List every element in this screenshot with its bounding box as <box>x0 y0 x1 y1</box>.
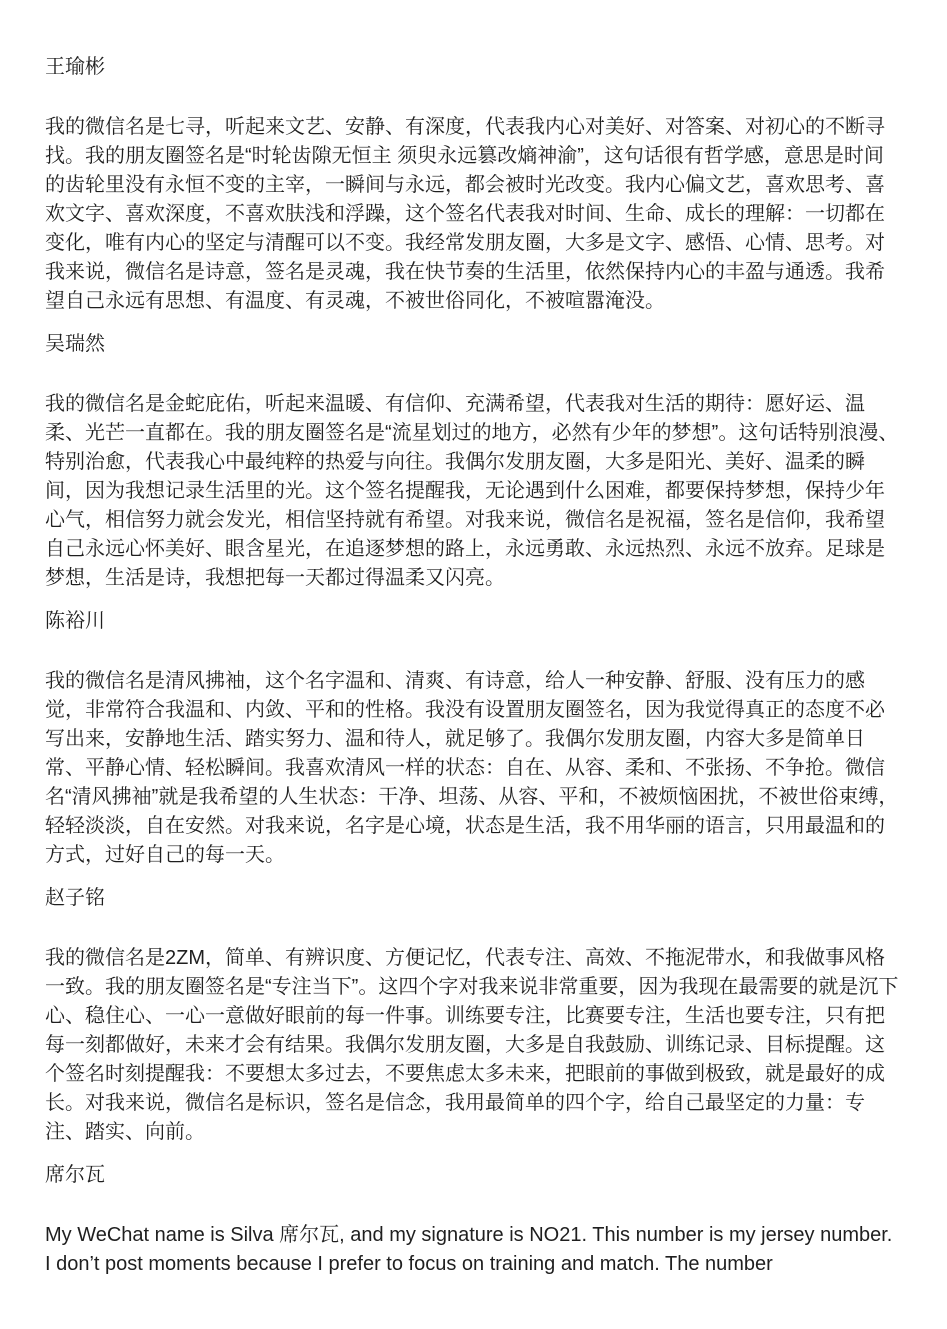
person-description: 我的微信名是金蛇庇佑，听起来温暖、有信仰、充满希望，代表我对生活的期待：愿好运、… <box>45 390 902 593</box>
person-description: 我的微信名是2ZM，简单、有辨识度、方便记忆，代表专注、高效、不拖泥带水，和我做… <box>45 944 902 1147</box>
person-description: 我的微信名是清风拂袖，这个名字温和、清爽、有诗意，给人一种安静、舒服、没有压力的… <box>45 667 902 870</box>
person-name-heading: 席尔瓦 <box>45 1161 902 1190</box>
person-name-heading: 吴瑞然 <box>45 330 902 359</box>
document-page: 王瑜彬 我的微信名是七寻，听起来文艺、安静、有深度，代表我内心对美好、对答案、对… <box>0 0 947 1329</box>
person-description: 我的微信名是七寻，听起来文艺、安静、有深度，代表我内心对美好、对答案、对初心的不… <box>45 113 902 316</box>
person-name-heading: 陈裕川 <box>45 607 902 636</box>
person-name-heading: 赵子铭 <box>45 884 902 913</box>
person-description: My WeChat name is Silva 席尔瓦, and my sign… <box>45 1221 902 1279</box>
person-name-heading: 王瑜彬 <box>45 53 902 82</box>
